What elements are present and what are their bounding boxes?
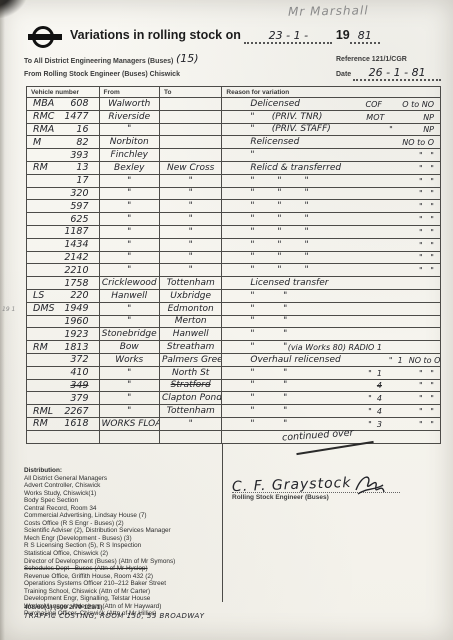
to-cell: Uxbridge bbox=[159, 289, 221, 302]
vehicle-number-cell: RMA16 bbox=[29, 124, 97, 135]
vehicle-number-cell: RM1813 bbox=[29, 342, 97, 353]
reason-cell: " "" 4" " bbox=[224, 406, 438, 416]
distribution-items: All District General ManagersAdvert Cont… bbox=[24, 475, 219, 618]
to-cell: " bbox=[159, 417, 221, 430]
reason-cell: "" " bbox=[224, 150, 438, 160]
reason-cell: " (PRIV. STAFF)"NP bbox=[224, 124, 438, 134]
distribution-item: Commercial Advertising, Lindsay House (7… bbox=[24, 512, 219, 520]
distribution-item: Operations Systems Officer 210–212 Baker… bbox=[24, 580, 219, 588]
table-row: 2210 " " " " "" " bbox=[27, 264, 441, 277]
table-row: 410 " North St " "" 1" " bbox=[27, 366, 441, 379]
vehicle-number-cell: 597 bbox=[29, 201, 97, 212]
distribution-item: Statistical Office, Chiswick (2) bbox=[24, 550, 219, 558]
to-cell: North St bbox=[159, 366, 221, 379]
vehicle-number-cell: M82 bbox=[29, 137, 97, 148]
reason-cell: " "(via Works 80) RADIO 1 bbox=[224, 342, 438, 352]
reason-cell: " " "" " bbox=[224, 188, 438, 198]
reason-cell: " " "" " bbox=[224, 252, 438, 262]
vehicle-number-cell: 2210 bbox=[29, 265, 97, 276]
vehicle-number-cell: 372 bbox=[29, 354, 97, 365]
from-cell: Finchley bbox=[99, 149, 159, 162]
pencil-addressee-note: Mr Marshall bbox=[288, 3, 369, 18]
table-row: 372 Works Palmers Green Overhaul relicen… bbox=[27, 353, 441, 366]
from-cell: Riverside bbox=[99, 110, 159, 123]
form-title: Variations in rolling stock on bbox=[70, 28, 241, 42]
distribution-item: Central Record, Room 34 bbox=[24, 505, 219, 513]
distribution-item: Costs Office (R S Engr - Buses) (2) bbox=[24, 520, 219, 528]
vehicle-number-cell: 1187 bbox=[29, 226, 97, 237]
to-cell: " bbox=[159, 238, 221, 251]
table-row: RM1618 WORKS FLOAT " " "" 3" " bbox=[27, 417, 441, 430]
reason-cell: " " "" " bbox=[224, 265, 438, 275]
to-cell bbox=[159, 136, 221, 149]
table-row: 1923 Stonebridge Hanwell " " bbox=[27, 328, 441, 341]
from-cell: Stonebridge bbox=[99, 328, 159, 341]
from-cell: " bbox=[99, 225, 159, 238]
from-cell: Norbiton bbox=[99, 136, 159, 149]
table-row: 349 " Stratford " "4" " bbox=[27, 379, 441, 392]
table-row: 597 " " " " "" " bbox=[27, 200, 441, 213]
london-transport-roundel-icon bbox=[28, 26, 62, 48]
vehicle-number-cell: 410 bbox=[29, 367, 97, 378]
signature-name: C. F. Graystock bbox=[232, 475, 352, 495]
from-cell: " bbox=[99, 213, 159, 226]
distribution-item: Body Spec Section bbox=[24, 497, 219, 505]
to-cell: " bbox=[159, 251, 221, 264]
table-row: RM13 Bexley New Cross Relicd & transferr… bbox=[27, 161, 441, 174]
reason-cell: " "4" " bbox=[224, 380, 438, 390]
table-row: RMC1477 Riverside " (PRIV. TNR)MOTNP bbox=[27, 110, 441, 123]
to-cell bbox=[159, 98, 221, 111]
to-cell: Streatham bbox=[159, 341, 221, 354]
table-row: 1187 " " " " "" " bbox=[27, 225, 441, 238]
table-row: 1434 " " " " "" " bbox=[27, 238, 441, 251]
reason-cell: Licensed transfer bbox=[224, 278, 438, 288]
reason-cell: " "" 3" " bbox=[224, 419, 438, 429]
from-cell: " bbox=[99, 238, 159, 251]
reference-line: Reference 121/1/CGR bbox=[336, 56, 407, 63]
table-row: 625 " " " " "" " bbox=[27, 213, 441, 226]
date-label: Date bbox=[336, 71, 351, 78]
distribution-item: Development Engr, Signalling, Telstar Ho… bbox=[24, 595, 219, 603]
table-row: MBA608 Walworth DelicensedCOFO to NO bbox=[27, 98, 441, 111]
vehicle-number-cell: 1960 bbox=[29, 316, 97, 327]
from-cell: " bbox=[99, 200, 159, 213]
date-line: Date 26 - 1 - 81 bbox=[336, 66, 441, 81]
from-cell: Bexley bbox=[99, 161, 159, 174]
distribution-item: Mech Engr (Development - Buses) (3) bbox=[24, 535, 219, 543]
distribution-item: Schedules Dept - Buses (Attn of Mr Hyslo… bbox=[24, 565, 219, 573]
from-cell: Hanwell bbox=[99, 289, 159, 302]
to-cell: " bbox=[159, 225, 221, 238]
vehicle-number-cell: 1434 bbox=[29, 239, 97, 250]
column-header-to: To bbox=[159, 87, 221, 98]
reason-cell: " " "" " bbox=[224, 227, 438, 237]
distribution-item: Revenue Office, Griffith House, Room 432… bbox=[24, 573, 219, 581]
to-line: To All District Engineering Managers (Bu… bbox=[24, 58, 173, 65]
reason-cell: " " "" " bbox=[224, 214, 438, 224]
vehicle-number-cell: 625 bbox=[29, 214, 97, 225]
handwritten-count-note: (15) bbox=[176, 52, 199, 65]
reason-cell: " " bbox=[224, 291, 438, 301]
table-row: 1960 " Merton " " bbox=[27, 315, 441, 328]
rolling-stock-table: Vehicle number From To Reason for variat… bbox=[26, 86, 441, 444]
from-cell: " bbox=[99, 392, 159, 405]
to-cell: Edmonton bbox=[159, 302, 221, 315]
to-cell bbox=[159, 430, 221, 443]
handwritten-date-day: 23 - 1 - bbox=[269, 29, 308, 42]
distribution-item: All District General Managers bbox=[24, 475, 219, 483]
to-cell: " bbox=[159, 174, 221, 187]
table-row: DMS1949 " Edmonton " " bbox=[27, 302, 441, 315]
table-row: 320 " " " " "" " bbox=[27, 187, 441, 200]
to-cell: Tottenham bbox=[159, 277, 221, 290]
to-cell: Hanwell bbox=[159, 328, 221, 341]
column-header-vehicle-number: Vehicle number bbox=[27, 87, 100, 98]
table-row: M82 Norbiton RelicensedNO to O bbox=[27, 136, 441, 149]
from-cell: " bbox=[99, 123, 159, 136]
reason-cell: " " bbox=[224, 304, 438, 314]
scanned-form: Mr Marshall Variations in rolling stock … bbox=[0, 0, 453, 640]
form-reference-number: 408/69(1) (500 2/79 121/1) bbox=[24, 604, 102, 611]
vehicle-number-cell: 320 bbox=[29, 188, 97, 199]
vehicle-number-cell: RM13 bbox=[29, 162, 97, 173]
column-header-reason: Reason for variation bbox=[222, 87, 441, 98]
vehicle-number-cell: 1923 bbox=[29, 329, 97, 340]
distribution-item: Works Study, Chiswick(1) bbox=[24, 490, 219, 498]
signature-role: Rolling Stock Engineer (Buses) bbox=[232, 494, 422, 501]
reason-cell: " " "" " bbox=[224, 201, 438, 211]
from-cell: " bbox=[99, 366, 159, 379]
to-cell: New Cross bbox=[159, 161, 221, 174]
reason-cell: " " bbox=[224, 316, 438, 326]
to-cell bbox=[159, 123, 221, 136]
distribution-item: Scientific Adviser (2), Distribution Ser… bbox=[24, 527, 219, 535]
vehicle-number-cell: RML2267 bbox=[29, 406, 97, 417]
handwritten-year: 81 bbox=[358, 29, 372, 42]
printed-year-prefix: 19 bbox=[336, 28, 350, 42]
table-row bbox=[27, 430, 441, 443]
to-cell: " bbox=[159, 213, 221, 226]
to-cell bbox=[159, 110, 221, 123]
column-header-from: From bbox=[99, 87, 159, 98]
table-row: 379 " Clapton Pond " "" 4" " bbox=[27, 392, 441, 405]
vehicle-number-cell: 379 bbox=[29, 393, 97, 404]
table-row: 393 Finchley "" " bbox=[27, 149, 441, 162]
reason-cell: " " "" " bbox=[224, 176, 438, 186]
table-header-row: Vehicle number From To Reason for variat… bbox=[27, 87, 441, 98]
vehicle-number-cell: 1758 bbox=[29, 278, 97, 289]
vehicle-number-cell: DMS1949 bbox=[29, 303, 97, 314]
reason-cell: " "" 1" " bbox=[224, 368, 438, 378]
from-cell: Walworth bbox=[99, 98, 159, 111]
table-row: RM1813 Bow Streatham " "(via Works 80) R… bbox=[27, 341, 441, 354]
vehicle-number-cell: RM1618 bbox=[29, 418, 97, 429]
from-cell: " bbox=[99, 251, 159, 264]
reason-cell: Relicd & transferred" " bbox=[224, 163, 438, 173]
table-row: 1758 Cricklewood Tottenham Licensed tran… bbox=[27, 277, 441, 290]
from-line: From Rolling Stock Engineer (Buses) Chis… bbox=[24, 71, 180, 78]
vehicle-number-cell: 17 bbox=[29, 175, 97, 186]
vehicle-number-cell: 349 bbox=[29, 380, 97, 391]
column-rule-extension bbox=[222, 444, 223, 602]
to-cell: " bbox=[159, 264, 221, 277]
from-cell: WORKS FLOAT bbox=[99, 417, 159, 430]
table-row: RMA16 " " (PRIV. STAFF)"NP bbox=[27, 123, 441, 136]
table-row: RML2267 " Tottenham " "" 4" " bbox=[27, 405, 441, 418]
to-cell: " bbox=[159, 187, 221, 200]
table-body: MBA608 Walworth DelicensedCOFO to NO RMC… bbox=[27, 98, 441, 444]
from-cell: " bbox=[99, 379, 159, 392]
reason-cell: " (PRIV. TNR)MOTNP bbox=[224, 112, 438, 122]
to-cell: Palmers Green bbox=[159, 353, 221, 366]
distribution-item: R S Licensing Section (5), R S Inspectio… bbox=[24, 542, 219, 550]
reason-cell: Overhaul relicensed" 1NO to O bbox=[224, 355, 438, 365]
from-cell: " bbox=[99, 405, 159, 418]
to-cell: " bbox=[159, 200, 221, 213]
scan-edge-shadow bbox=[0, 0, 5, 640]
table-row: LS220 Hanwell Uxbridge " " bbox=[27, 289, 441, 302]
from-cell: Bow bbox=[99, 341, 159, 354]
to-cell: Clapton Pond bbox=[159, 392, 221, 405]
distribution-list: Distribution: All District General Manag… bbox=[24, 467, 219, 618]
table-row: 2142 " " " " "" " bbox=[27, 251, 441, 264]
to-cell: Stratford bbox=[159, 379, 221, 392]
from-cell: " bbox=[99, 302, 159, 315]
reason-cell: RelicensedNO to O bbox=[224, 137, 438, 147]
pencil-margin-note: 19 1 bbox=[2, 306, 15, 313]
reason-cell: " "" 4" " bbox=[224, 393, 438, 403]
distribution-item: Training School, Chiswick (Attn of Mr Ca… bbox=[24, 588, 219, 596]
from-cell: Works bbox=[99, 353, 159, 366]
distribution-item: Advert Controller, Chiswick bbox=[24, 482, 219, 490]
to-cell bbox=[159, 149, 221, 162]
from-cell: " bbox=[99, 264, 159, 277]
distribution-heading: Distribution: bbox=[24, 467, 219, 475]
signature-initials-scrawl-icon bbox=[352, 472, 386, 498]
from-cell: " bbox=[99, 187, 159, 200]
vehicle-number-cell: MBA608 bbox=[29, 98, 97, 109]
from-cell: " bbox=[99, 315, 159, 328]
table-row: 17 " " " " "" " bbox=[27, 174, 441, 187]
vehicle-number-cell: LS220 bbox=[29, 290, 97, 301]
from-cell: " bbox=[99, 174, 159, 187]
to-cell: Tottenham bbox=[159, 405, 221, 418]
to-cell: Merton bbox=[159, 315, 221, 328]
vehicle-number-cell: 393 bbox=[29, 150, 97, 161]
distribution-item: Director of Development (Buses) (Attn of… bbox=[24, 558, 219, 566]
handwritten-date-value: 26 - 1 - 81 bbox=[369, 66, 426, 79]
from-cell: Cricklewood bbox=[99, 277, 159, 290]
reason-cell: " " bbox=[224, 329, 438, 339]
reason-cell: " " "" " bbox=[224, 240, 438, 250]
vehicle-number-cell: 2142 bbox=[29, 252, 97, 263]
reason-cell: DelicensedCOFO to NO bbox=[224, 99, 438, 109]
vehicle-number-cell: RMC1477 bbox=[29, 111, 97, 122]
from-cell bbox=[99, 430, 159, 443]
form-title-row: Variations in rolling stock on 23 - 1 - … bbox=[70, 28, 380, 44]
signature-block: C. F. Graystock Rolling Stock Engineer (… bbox=[232, 476, 422, 501]
handwritten-footer-note: TRAFFIC COSTING, ROOM 150, 55 BROADWAY bbox=[24, 612, 205, 620]
